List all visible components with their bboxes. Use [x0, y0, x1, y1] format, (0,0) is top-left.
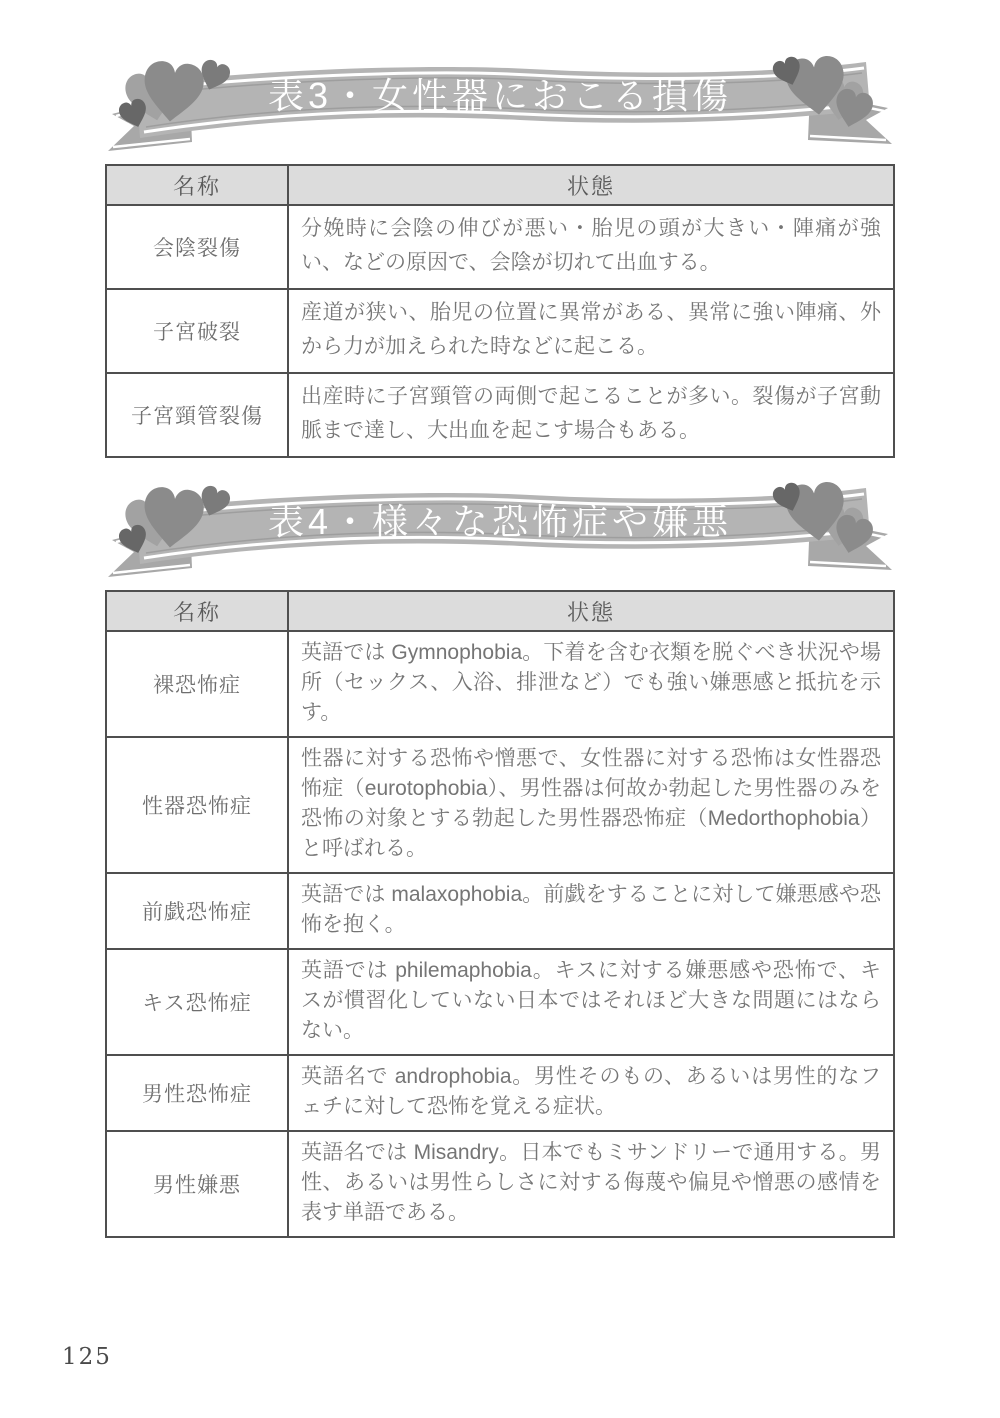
banner-table4: 表4・様々な恐怖症や嫌悪: [100, 480, 900, 590]
table-header-row: 名称 状態: [106, 591, 894, 631]
banner-title-table4: 表4・様々な恐怖症や嫌悪: [268, 501, 732, 542]
row-name: 前戯恐怖症: [106, 873, 288, 949]
row-name: 男性恐怖症: [106, 1055, 288, 1131]
row-name: 子宮破裂: [106, 289, 288, 373]
table-row: 男性恐怖症 英語名で androphobia。男性そのもの、あるいは男性的なフェ…: [106, 1055, 894, 1131]
row-desc: 英語では philemaphobia。キスに対する嫌悪感や恐怖で、キスが慣習化し…: [288, 949, 894, 1055]
row-name: 男性嫌悪: [106, 1131, 288, 1237]
ribbon-banner-graphic: 表3・女性器におこる損傷: [100, 54, 900, 164]
row-desc: 英語では malaxophobia。前戯をすることに対して嫌悪感や恐怖を抱く。: [288, 873, 894, 949]
row-desc: 英語名で androphobia。男性そのもの、あるいは男性的なフェチに対して恐…: [288, 1055, 894, 1131]
row-name: キス恐怖症: [106, 949, 288, 1055]
row-desc: 性器に対する恐怖や憎悪で、女性器に対する恐怖は女性器恐怖症（eurotophob…: [288, 737, 894, 873]
table-row: キス恐怖症 英語では philemaphobia。キスに対する嫌悪感や恐怖で、キ…: [106, 949, 894, 1055]
row-desc: 産道が狭い、胎児の位置に異常がある、異常に強い陣痛、外から力が加えられた時などに…: [288, 289, 894, 373]
column-header-state: 状態: [288, 165, 894, 205]
row-name: 裸恐怖症: [106, 631, 288, 737]
table-phobias: 名称 状態 裸恐怖症 英語では Gymnophobia。下着を含む衣類を脱ぐべき…: [105, 590, 895, 1238]
row-desc: 英語名では Misandry。日本でもミサンドリーで通用する。男性、あるいは男性…: [288, 1131, 894, 1237]
ribbon-banner-graphic: 表4・様々な恐怖症や嫌悪: [100, 480, 900, 590]
column-header-state: 状態: [288, 591, 894, 631]
table-injuries: 名称 状態 会陰裂傷 分娩時に会陰の伸びが悪い・胎児の頭が大きい・陣痛が強い、な…: [105, 164, 895, 458]
row-desc: 出産時に子宮頸管の両側で起こることが多い。裂傷が子宮動脈まで達し、大出血を起こす…: [288, 373, 894, 457]
table-row: 子宮破裂 産道が狭い、胎児の位置に異常がある、異常に強い陣痛、外から力が加えられ…: [106, 289, 894, 373]
column-header-name: 名称: [106, 165, 288, 205]
table-row: 前戯恐怖症 英語では malaxophobia。前戯をすることに対して嫌悪感や恐…: [106, 873, 894, 949]
table-header-row: 名称 状態: [106, 165, 894, 205]
banner-title-table3: 表3・女性器におこる損傷: [268, 75, 732, 116]
table-row: 裸恐怖症 英語では Gymnophobia。下着を含む衣類を脱ぐべき状況や場所（…: [106, 631, 894, 737]
table-row: 男性嫌悪 英語名では Misandry。日本でもミサンドリーで通用する。男性、あ…: [106, 1131, 894, 1237]
table-row: 子宮頸管裂傷 出産時に子宮頸管の両側で起こることが多い。裂傷が子宮動脈まで達し、…: [106, 373, 894, 457]
row-name: 子宮頸管裂傷: [106, 373, 288, 457]
row-name: 会陰裂傷: [106, 205, 288, 289]
row-desc: 分娩時に会陰の伸びが悪い・胎児の頭が大きい・陣痛が強い、などの原因で、会陰が切れ…: [288, 205, 894, 289]
page-number: 125: [62, 1344, 112, 1370]
table-row: 性器恐怖症 性器に対する恐怖や憎悪で、女性器に対する恐怖は女性器恐怖症（euro…: [106, 737, 894, 873]
row-desc: 英語では Gymnophobia。下着を含む衣類を脱ぐべき状況や場所（セックス、…: [288, 631, 894, 737]
banner-table3: 表3・女性器におこる損傷: [100, 54, 900, 164]
row-name: 性器恐怖症: [106, 737, 288, 873]
document-page: 表3・女性器におこる損傷 名称 状態 会陰裂傷 分娩時に会陰の伸びが悪い・胎児の…: [0, 0, 1000, 1418]
column-header-name: 名称: [106, 591, 288, 631]
table-row: 会陰裂傷 分娩時に会陰の伸びが悪い・胎児の頭が大きい・陣痛が強い、などの原因で、…: [106, 205, 894, 289]
